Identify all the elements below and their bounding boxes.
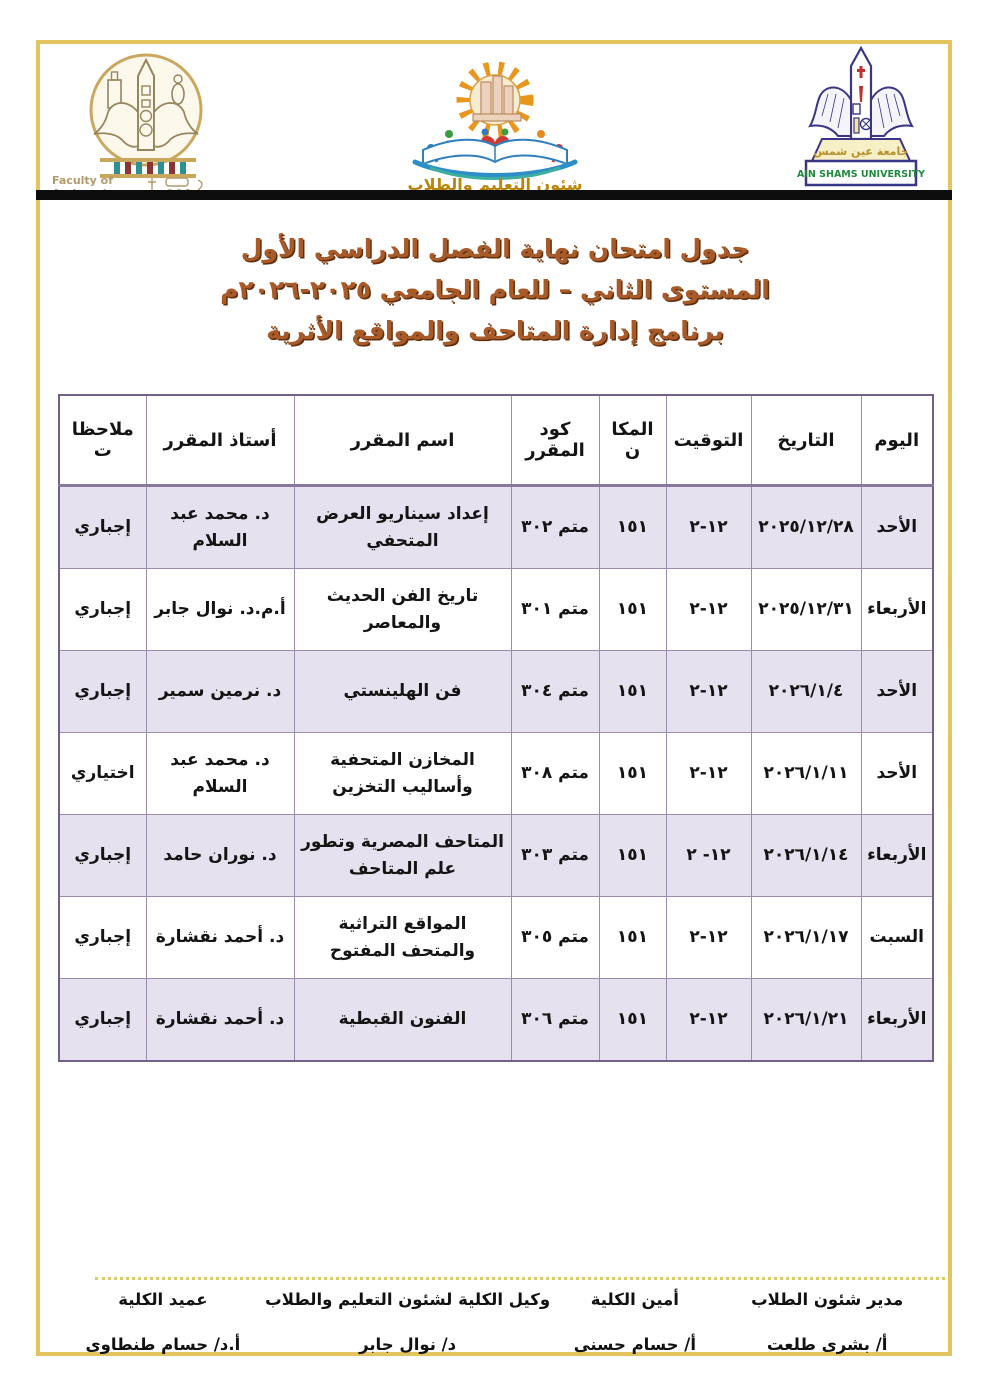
cell-date: ٢٠٢٦/١/٤ <box>751 651 861 733</box>
cell-course-code: متم ٣٠٢ <box>511 486 599 569</box>
cell-course-name: إعداد سيناريو العرض المتحفي <box>294 486 511 569</box>
cell-time: ١٢-٢ <box>666 486 751 569</box>
table-row: الأحد ٢٠٢٦/١/١١ ١٢-٢ ١٥١ متم ٣٠٨ المخازن… <box>59 733 933 815</box>
cell-date: ٢٠٢٥/١٢/٢٨ <box>751 486 861 569</box>
signature-block: مدير شئون الطلاب أ/ بشرى طلعت أمين الكلي… <box>58 1290 932 1354</box>
cell-day: الأربعاء <box>861 569 933 651</box>
cell-course-name: المواقع التراثية والمتحف المفتوح <box>294 897 511 979</box>
header-place: المكان <box>599 395 666 486</box>
table-header-row: اليوم التاريخ التوقيت المكان كود المقرر … <box>59 395 933 486</box>
cell-day: الأربعاء <box>861 815 933 897</box>
signatory-name: أ/ بشرى طلعت <box>767 1335 888 1354</box>
faculty-of-archaeology-logo-icon: Faculty of Archaeology <box>48 50 218 200</box>
header-divider-bar <box>36 190 952 200</box>
signatory-title: مدير شئون الطلاب <box>751 1290 903 1309</box>
cell-time: ١٢-٢ <box>666 651 751 733</box>
cell-date: ٢٠٢٦/١/١٤ <box>751 815 861 897</box>
cell-day: السبت <box>861 897 933 979</box>
cell-date: ٢٠٢٦/١/١١ <box>751 733 861 815</box>
cell-course-name: فن الهلينستي <box>294 651 511 733</box>
cell-notes: اختياري <box>59 733 146 815</box>
cell-notes: إجباري <box>59 486 146 569</box>
table-row: الأربعاء ٢٠٢٦/١/٢١ ١٢-٢ ١٥١ متم ٣٠٦ الفن… <box>59 979 933 1062</box>
cell-professor: د. أحمد نقشارة <box>146 897 294 979</box>
title-line-3: برنامج إدارة المتاحف والمواقع الأثرية <box>0 310 990 351</box>
faculty-caption-line1: Faculty of <box>52 174 113 187</box>
cell-day: الأحد <box>861 651 933 733</box>
cell-notes: إجباري <box>59 651 146 733</box>
cell-place: ١٥١ <box>599 815 666 897</box>
signature-separator-line <box>95 1277 945 1280</box>
cell-notes: إجباري <box>59 979 146 1062</box>
signatory-dean: عميد الكلية أ.د/ حسام طنطاوى <box>58 1290 268 1354</box>
cell-time: ١٢- ٢ <box>666 815 751 897</box>
cell-course-code: متم ٣٠٦ <box>511 979 599 1062</box>
header-time: التوقيت <box>666 395 751 486</box>
cell-place: ١٥١ <box>599 897 666 979</box>
signatory-name: د/ نوال جابر <box>359 1335 456 1354</box>
cell-day: الأحد <box>861 733 933 815</box>
cell-place: ١٥١ <box>599 569 666 651</box>
cell-course-name: الفنون القبطية <box>294 979 511 1062</box>
header-date: التاريخ <box>751 395 861 486</box>
cell-course-code: متم ٣٠٥ <box>511 897 599 979</box>
cell-time: ١٢-٢ <box>666 979 751 1062</box>
ain-shams-university-logo-icon: جامعة عين شمس AIN SHAMS UNIVERSITY <box>786 42 936 194</box>
signatory-vice-dean: وكيل الكلية لشئون التعليم والطلاب د/ نوا… <box>268 1290 548 1354</box>
signatory-title: عميد الكلية <box>118 1290 207 1309</box>
signatory-students-affairs-director: مدير شئون الطلاب أ/ بشرى طلعت <box>722 1290 932 1354</box>
cell-time: ١٢-٢ <box>666 897 751 979</box>
table-row: الأربعاء ٢٠٢٥/١٢/٣١ ١٢-٢ ١٥١ متم ٣٠١ تار… <box>59 569 933 651</box>
cell-place: ١٥١ <box>599 651 666 733</box>
cell-notes: إجباري <box>59 569 146 651</box>
signatory-name: أ.د/ حسام طنطاوى <box>86 1335 241 1354</box>
cell-course-name: المخازن المتحفية وأساليب التخزين <box>294 733 511 815</box>
cell-date: ٢٠٢٦/١/١٧ <box>751 897 861 979</box>
cell-date: ٢٠٢٦/١/٢١ <box>751 979 861 1062</box>
cell-course-code: متم ٣٠٣ <box>511 815 599 897</box>
education-students-affairs-logo-icon: شئون التعليم والطلاب <box>405 56 585 196</box>
table-row: السبت ٢٠٢٦/١/١٧ ١٢-٢ ١٥١ متم ٣٠٥ المواقع… <box>59 897 933 979</box>
cell-place: ١٥١ <box>599 733 666 815</box>
cell-notes: إجباري <box>59 897 146 979</box>
exam-schedule-table: اليوم التاريخ التوقيت المكان كود المقرر … <box>58 394 934 1062</box>
cell-time: ١٢-٢ <box>666 733 751 815</box>
header-course-name: اسم المقرر <box>294 395 511 486</box>
cell-course-name: تاريخ الفن الحديث والمعاصر <box>294 569 511 651</box>
signatory-title: وكيل الكلية لشئون التعليم والطلاب <box>265 1290 550 1309</box>
cell-course-code: متم ٣٠١ <box>511 569 599 651</box>
cell-course-code: متم ٣٠٨ <box>511 733 599 815</box>
cell-course-code: متم ٣٠٤ <box>511 651 599 733</box>
table-row: الأحد ٢٠٢٦/١/٤ ١٢-٢ ١٥١ متم ٣٠٤ فن الهلي… <box>59 651 933 733</box>
cell-date: ٢٠٢٥/١٢/٣١ <box>751 569 861 651</box>
cell-professor: د. نوران حامد <box>146 815 294 897</box>
cell-professor: د. محمد عبد السلام <box>146 733 294 815</box>
document-page: Faculty of Archaeology شئون التعليم والط… <box>0 0 990 1400</box>
signatory-college-secretary: أمين الكلية أ/ حسام حسنى <box>547 1290 722 1354</box>
table-row: الأربعاء ٢٠٢٦/١/١٤ ١٢- ٢ ١٥١ متم ٣٠٣ الم… <box>59 815 933 897</box>
university-arabic-name: جامعة عين شمس <box>813 145 908 158</box>
cell-course-name: المتاحف المصرية وتطور علم المتاحف <box>294 815 511 897</box>
title-line-2: المستوى الثاني – للعام الجامعي ٢٠٢٥-٢٠٢٦… <box>0 269 990 310</box>
header-course-code: كود المقرر <box>511 395 599 486</box>
cell-time: ١٢-٢ <box>666 569 751 651</box>
header-day: اليوم <box>861 395 933 486</box>
university-english-name: AIN SHAMS UNIVERSITY <box>797 169 925 180</box>
cell-day: الأحد <box>861 486 933 569</box>
cell-day: الأربعاء <box>861 979 933 1062</box>
header-professor: أستاذ المقرر <box>146 395 294 486</box>
title-line-1: جدول امتحان نهاية الفصل الدراسي الأول <box>0 228 990 269</box>
cell-place: ١٥١ <box>599 486 666 569</box>
cell-place: ١٥١ <box>599 979 666 1062</box>
table-row: الأحد ٢٠٢٥/١٢/٢٨ ١٢-٢ ١٥١ متم ٣٠٢ إعداد … <box>59 486 933 569</box>
document-title: جدول امتحان نهاية الفصل الدراسي الأول ال… <box>0 228 990 351</box>
header-notes: ملاحظات <box>59 395 146 486</box>
signatory-title: أمين الكلية <box>591 1290 679 1309</box>
cell-professor: د. نرمين سمير <box>146 651 294 733</box>
cell-professor: د. محمد عبد السلام <box>146 486 294 569</box>
cell-notes: إجباري <box>59 815 146 897</box>
signatory-name: أ/ حسام حسنى <box>574 1335 696 1354</box>
cell-professor: د. أحمد نقشارة <box>146 979 294 1062</box>
cell-professor: أ.م.د. نوال جابر <box>146 569 294 651</box>
